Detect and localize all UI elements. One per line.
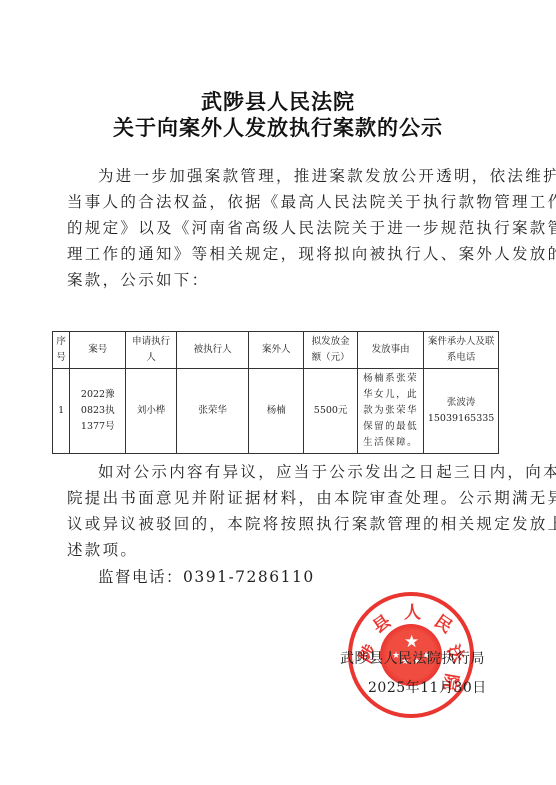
seal-char: 民 — [430, 607, 458, 637]
handler-name: 张波涛 — [427, 395, 495, 411]
handler-phone: 15039165335 — [427, 411, 495, 427]
signature-date: 2025年11月30日 — [368, 677, 487, 697]
intro-paragraph: 为进一步加强案款管理，推进案款发放公开透明，依法维护 当事人的合法权益，依据《最… — [67, 163, 487, 293]
cell-index: 1 — [53, 369, 70, 454]
objection-line: 述款项。 — [67, 537, 487, 563]
intro-line: 理工作的通知》等相关规定，现将拟向被执行人、案外人发放的 — [67, 241, 487, 267]
signature-organization: 武陟县人民法院执行局 — [340, 648, 485, 668]
header-respondent: 被执行人 — [177, 332, 249, 369]
payment-table: 序号 案号 申请执行人 被执行人 案外人 拟发放金额（元） 发放事由 案件承办人… — [52, 331, 499, 454]
cell-handler: 张波涛 15039165335 — [424, 369, 499, 454]
header-amount: 拟发放金额（元） — [304, 332, 358, 369]
seal-char: 人 — [404, 598, 421, 623]
header-case-no: 案号 — [70, 332, 126, 369]
objection-paragraph: 如对公示内容有异议，应当于公示发出之日起三日内，向本 院提出书面意见并附证据材料… — [67, 459, 487, 563]
cell-respondent: 张荣华 — [177, 369, 249, 454]
header-applicant: 申请执行人 — [126, 332, 177, 369]
header-reason: 发放事由 — [358, 332, 424, 369]
objection-line: 议或异议被驳回的，本院将按照执行案款管理的相关规定发放上 — [67, 511, 487, 537]
header-outsider: 案外人 — [249, 332, 304, 369]
document-title-notice: 关于向案外人发放执行案款的公示 — [0, 112, 556, 142]
table-row: 1 2022豫0823执1377号 刘小桦 张荣华 杨楠 5500元 杨楠系张荣… — [53, 369, 499, 454]
intro-line: 的规定》以及《河南省高级人民法院关于进一步规范执行案款管 — [67, 215, 487, 241]
intro-line: 案款，公示如下： — [67, 267, 487, 293]
cell-outsider: 杨楠 — [249, 369, 304, 454]
cell-amount: 5500元 — [304, 369, 358, 454]
table-header-row: 序号 案号 申请执行人 被执行人 案外人 拟发放金额（元） 发放事由 案件承办人… — [53, 332, 499, 369]
objection-line: 院提出书面意见并附证据材料，由本院审查处理。公示期满无异 — [67, 485, 487, 511]
cell-case-no: 2022豫0823执1377号 — [70, 369, 126, 454]
intro-line: 当事人的合法权益，依据《最高人民法院关于执行款物管理工作 — [67, 189, 487, 215]
cell-applicant: 刘小桦 — [126, 369, 177, 454]
header-handler: 案件承办人及联系电话 — [424, 332, 499, 369]
supervision-hotline: 监督电话：0391-7286110 — [98, 565, 315, 587]
objection-line: 如对公示内容有异议，应当于公示发出之日起三日内，向本 — [67, 459, 487, 485]
header-index: 序号 — [53, 332, 70, 369]
intro-line: 为进一步加强案款管理，推进案款发放公开透明，依法维护 — [67, 163, 487, 189]
cell-reason: 杨楠系张荣华女儿，此款为张荣华保留的最低生活保障。 — [358, 369, 424, 454]
